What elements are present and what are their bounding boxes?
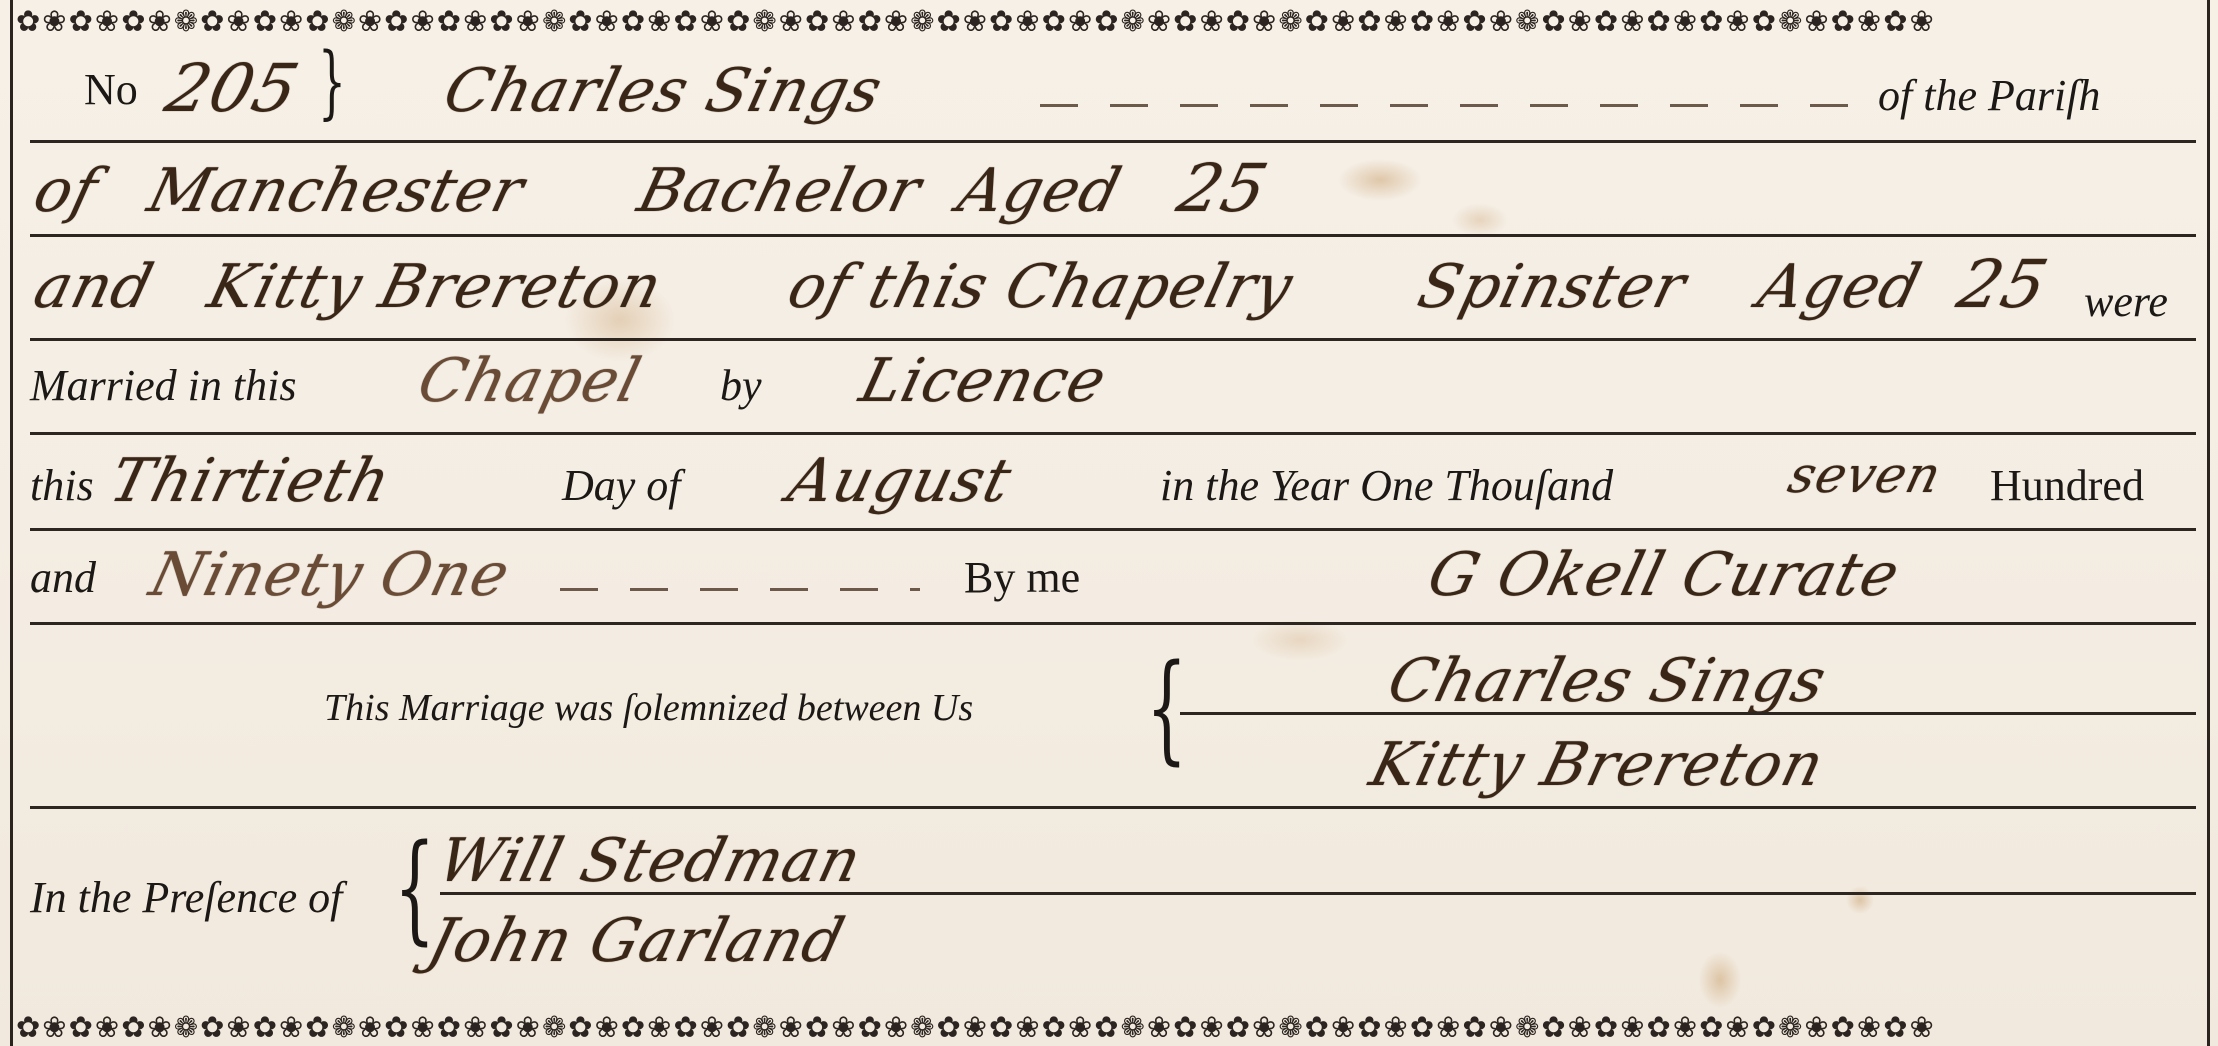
groom-age-label: Aged xyxy=(951,156,1128,226)
ruled-line xyxy=(1180,712,2196,715)
ornamental-border-top: ✿❀✿❀✿❀❁✿❀✿❀✿❁❀✿❀✿❀✿❀❁✿❀✿❀✿❀✿❁❀✿❀✿❀❁✿❀✿❀✿… xyxy=(16,4,2202,38)
ruled-line xyxy=(440,892,2196,895)
bride-signature: Kitty Brereton xyxy=(1363,730,1831,800)
by-label: by xyxy=(720,360,762,411)
entry-number-label: No xyxy=(84,64,138,115)
married-label: Married in this xyxy=(30,360,296,411)
ornamental-border-bottom: ✿❀✿❀✿❀❁✿❀✿❀✿❁❀✿❀✿❀✿❀❁✿❀✿❀✿❀✿❁❀✿❀✿❀❁✿❀✿❀✿… xyxy=(16,1010,2202,1044)
fill-dash-line xyxy=(1040,104,1860,107)
groom-of-word: of xyxy=(27,156,105,226)
witness-signature-1: Will Stedman xyxy=(431,826,868,896)
this-label: this xyxy=(30,460,94,511)
groom-age: 25 xyxy=(1170,150,1275,227)
ruled-line xyxy=(30,622,2196,625)
and-label: and xyxy=(30,552,96,603)
bride-condition: Spinster xyxy=(1411,252,1693,322)
groom-signature: Charles Sings xyxy=(1381,646,1833,716)
ruled-line xyxy=(30,528,2196,531)
brace-icon: { xyxy=(1146,648,1187,766)
year-label: in the Year One Thouſand xyxy=(1160,460,1613,511)
hundred-label: Hundred xyxy=(1990,460,2144,511)
bride-age: 25 xyxy=(1950,246,2055,323)
fill-dash-line xyxy=(560,588,920,591)
page-frame-right xyxy=(2207,0,2210,1046)
bride-residence: of this Chapelry xyxy=(781,252,1300,322)
ruled-line xyxy=(30,140,2196,143)
ceremony-method: Licence xyxy=(853,346,1113,416)
officiant-signature: G Okell Curate xyxy=(1421,540,1907,610)
were-label: were xyxy=(2084,276,2168,327)
solemnized-label: This Marriage was ſolemnized between Us xyxy=(324,686,973,730)
groom-name: Charles Sings xyxy=(437,56,889,126)
bride-age-label: Aged xyxy=(1751,252,1928,322)
register-page: ✿❀✿❀✿❀❁✿❀✿❀✿❁❀✿❀✿❀✿❀❁✿❀✿❀✿❀✿❁❀✿❀✿❀❁✿❀✿❀✿… xyxy=(0,0,2218,1046)
brace-icon: { xyxy=(394,828,435,946)
ruled-line xyxy=(30,234,2196,237)
marriage-month: August xyxy=(781,446,1018,516)
year-tail: Ninety One xyxy=(143,540,517,610)
day-of-label: Day of xyxy=(562,460,681,511)
marriage-day: Thirtieth xyxy=(103,446,398,516)
ruled-line xyxy=(30,806,2196,809)
by-me-label: By me xyxy=(964,552,1080,603)
groom-parish: Manchester xyxy=(141,156,531,226)
year-century-word: seven xyxy=(1783,446,1948,504)
witnesses-label: In the Preſence of xyxy=(30,872,342,923)
witness-signature-2: John Garland xyxy=(421,906,851,976)
brace-icon: } xyxy=(318,42,346,122)
ruled-line xyxy=(30,432,2196,435)
page-frame-left xyxy=(10,0,13,1046)
ruled-line xyxy=(30,338,2196,341)
ceremony-place: Chapel xyxy=(411,346,648,416)
parish-label: of the Pariſh xyxy=(1878,70,2100,121)
bride-and-word: and xyxy=(27,252,160,322)
entry-number: 205 xyxy=(158,50,306,127)
groom-condition: Bachelor xyxy=(631,156,928,226)
bride-name: Kitty Brereton xyxy=(201,252,669,322)
